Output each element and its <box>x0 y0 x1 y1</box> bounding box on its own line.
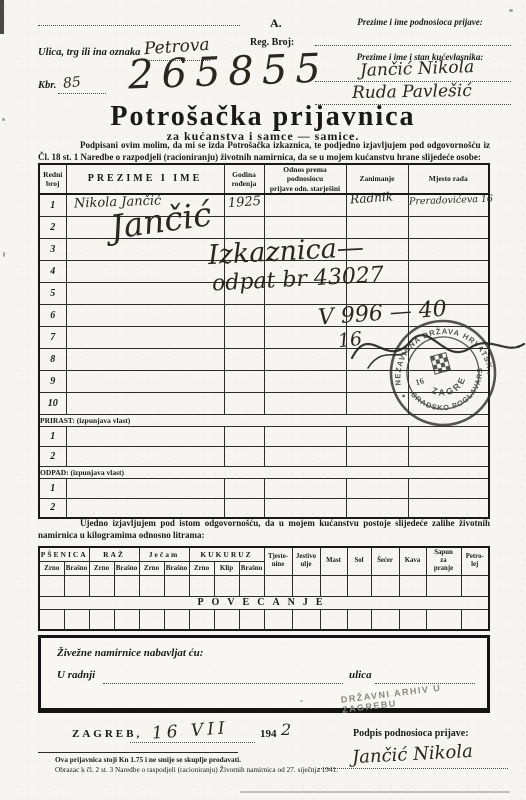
empty-cell <box>461 575 489 596</box>
empty-cell <box>239 609 264 630</box>
empty-cell <box>347 609 371 630</box>
row1-occupation-handwriting: Radnik <box>350 191 394 206</box>
empty-cell <box>189 609 214 630</box>
empty-cell <box>114 575 139 596</box>
sub-col: Klip <box>214 561 239 575</box>
applicant-name-line <box>315 44 511 46</box>
empty-cell <box>408 216 489 238</box>
row-number: 4 <box>39 260 66 282</box>
empty-cell <box>224 392 264 414</box>
empty-cell <box>346 478 408 498</box>
empty-cell <box>224 478 264 498</box>
sub-col: Zrno <box>139 561 164 575</box>
empty-cell <box>346 498 408 518</box>
empty-cell <box>264 392 346 414</box>
empty-cell <box>66 426 224 446</box>
col-mast: Mast <box>320 547 347 575</box>
empty-cell <box>408 260 489 282</box>
empty-cell <box>224 370 264 392</box>
row-number: 10 <box>39 392 66 414</box>
kbr-value-handwriting: 85 <box>62 75 81 91</box>
shop-line <box>103 682 343 684</box>
year-printed: 194 <box>260 728 277 740</box>
date-line <box>130 741 255 743</box>
householder-name-handwriting: Jančić Nikola <box>360 59 475 80</box>
col-secer: Šećer <box>371 547 399 575</box>
scanned-form-page: A. Reg. Broj: Prezime i ime podnosioca p… <box>0 0 526 800</box>
empty-cell <box>66 348 224 370</box>
empty-cell <box>264 194 346 216</box>
empty-cell <box>66 498 224 518</box>
sub-col: Brašno <box>64 561 89 575</box>
empty-cell <box>399 609 426 630</box>
sub-col: Zrno <box>189 561 214 575</box>
empty-cell <box>292 609 320 630</box>
empty-cell <box>371 575 399 596</box>
empty-cell <box>371 609 399 630</box>
row-number: 5 <box>39 282 66 304</box>
empty-cell <box>399 575 426 596</box>
kbr-label: Kbr. <box>38 80 56 91</box>
signature-label: Podpis podnosioca prijave: <box>353 728 469 739</box>
col-tjestenine: Tjeste- nine <box>264 547 292 575</box>
intro-paragraph: Podpisani ovim molim, da mi se izda Potr… <box>38 140 490 163</box>
empty-cell <box>426 609 461 630</box>
supplies-empty-row <box>39 609 489 630</box>
persons-table-header-row: Redni broj PREZIME I IME Godina rođenja … <box>39 164 489 194</box>
empty-cell <box>408 238 489 260</box>
empty-cell <box>320 575 347 596</box>
empty-cell <box>224 426 264 446</box>
empty-cell <box>320 609 347 630</box>
empty-cell <box>408 478 489 498</box>
empty-cell <box>346 446 408 466</box>
col-jestivo-ulje: Jestivo ulje <box>292 547 320 575</box>
empty-cell <box>114 609 139 630</box>
empty-cell <box>264 575 292 596</box>
odpad-label-row: ODPAD: (izpunjava vlast) <box>39 466 489 478</box>
sub-col: Brašno <box>239 561 264 575</box>
row1-year-handwriting: 1925 <box>228 195 262 210</box>
col-header-prezime-ime: PREZIME I IME <box>66 164 224 194</box>
povecanje-label: POVEĆANJE <box>39 596 489 609</box>
stamp-number: 16 <box>414 375 425 387</box>
row-number: 1 <box>39 426 66 446</box>
footer-divider <box>38 751 238 753</box>
applicant-signature-handwriting: Jančić Nikola <box>352 743 474 767</box>
householder-street-handwriting: Ruda Pavlešić <box>352 83 472 102</box>
empty-cell <box>426 575 461 596</box>
col-sapun: Sapun za pranje <box>426 547 461 575</box>
empty-cell <box>408 446 489 466</box>
empty-cell <box>139 609 164 630</box>
sub-col: Zrno <box>89 561 114 575</box>
group-kukuruz: KUKURUZ <box>189 547 264 561</box>
street-label: Ulica, trg ili ina oznaka <box>38 47 140 58</box>
group-raz: RAŽ <box>89 547 139 561</box>
row-number: 7 <box>39 326 66 348</box>
row-number: 1 <box>39 194 66 216</box>
empty-cell <box>214 609 239 630</box>
empty-cell <box>264 370 346 392</box>
purchase-heading: Živežne namirnice nabavljat ću: <box>57 647 203 659</box>
empty-cell <box>224 446 264 466</box>
empty-cell <box>66 260 224 282</box>
empty-cell <box>39 609 64 630</box>
empty-cell <box>64 575 89 596</box>
empty-cell <box>347 575 371 596</box>
shop-label: U radnji <box>57 669 95 681</box>
empty-cell <box>264 478 346 498</box>
odpad-label: ODPAD: (izpunjava vlast) <box>39 466 489 478</box>
table-row: 2 <box>39 498 489 518</box>
footer-price-note: Ova prijavnica stoji Kn 1.75 i ne smije … <box>55 755 355 765</box>
sub-col: Brašno <box>164 561 189 575</box>
empty-cell <box>224 348 264 370</box>
row-number: 3 <box>39 238 66 260</box>
footer-form-note: Obrazac k čl. 2 st. 3 Naredbe o raspodje… <box>55 765 385 775</box>
supplies-group-header-row: PŠENICA RAŽ Ječam KUKURUZ Tjeste- nine J… <box>39 547 489 561</box>
empty-cell <box>189 575 214 596</box>
table-row: 2 <box>39 216 489 238</box>
empty-cell <box>264 426 346 446</box>
row-number: 2 <box>39 498 66 518</box>
empty-cell <box>224 216 264 238</box>
row-number: 2 <box>39 216 66 238</box>
empty-cell <box>264 348 346 370</box>
year-digit-handwriting: 2 <box>281 722 291 738</box>
empty-cell <box>224 498 264 518</box>
table-row: 2 <box>39 446 489 466</box>
scan-artifact <box>3 252 5 257</box>
empty-cell <box>66 370 224 392</box>
col-petrolej: Petro- lej <box>461 547 489 575</box>
row-number: 9 <box>39 370 66 392</box>
supplies-empty-row <box>39 575 489 596</box>
empty-cell <box>164 609 189 630</box>
group-psenica: PŠENICA <box>39 547 89 561</box>
empty-cell <box>66 304 224 326</box>
col-header-godina: Godina rođenja <box>224 164 264 194</box>
empty-cell <box>461 609 489 630</box>
empty-cell <box>239 575 264 596</box>
empty-cell <box>164 575 189 596</box>
empty-cell <box>264 446 346 466</box>
empty-cell <box>89 575 114 596</box>
section-letter: A. <box>270 16 282 31</box>
empty-cell <box>66 478 224 498</box>
purchase-street-label: ulica <box>349 669 372 681</box>
empty-cell <box>64 609 89 630</box>
purchase-box: Živežne namirnice nabavljat ću: U radnji… <box>38 635 490 713</box>
empty-cell <box>224 304 264 326</box>
empty-cell <box>408 498 489 518</box>
empty-cell <box>292 575 320 596</box>
empty-cell <box>66 392 224 414</box>
col-sol: Sol <box>347 547 371 575</box>
row-number: 8 <box>39 348 66 370</box>
col-header-odnos: Odnos prema podnosiocu prijave odn. star… <box>264 164 346 194</box>
empty-cell <box>66 446 224 466</box>
row-number: 1 <box>39 478 66 498</box>
empty-cell <box>224 326 264 348</box>
sub-col: Zrno <box>39 561 64 575</box>
top-dotted-line <box>38 24 240 26</box>
supplies-intro-paragraph: Ujedno izjavljujem pod istom odgovornošć… <box>38 518 490 541</box>
empty-cell <box>264 498 346 518</box>
scan-artifact <box>509 9 513 12</box>
empty-cell <box>139 575 164 596</box>
scan-artifact <box>240 791 510 793</box>
supplies-table: PŠENICA RAŽ Ječam KUKURUZ Tjeste- nine J… <box>38 546 490 631</box>
col-header-mjesto-rada: Mjesto rada <box>408 164 489 194</box>
empty-cell <box>89 609 114 630</box>
empty-cell <box>39 575 64 596</box>
empty-cell <box>66 326 224 348</box>
col-header-redni-broj: Redni broj <box>39 164 66 194</box>
city-label: ZAGREB, <box>72 728 142 740</box>
stamp-emblem-icon <box>430 353 450 375</box>
povecanje-row: POVEĆANJE <box>39 596 489 609</box>
row-number: 6 <box>39 304 66 326</box>
empty-cell <box>346 426 408 446</box>
empty-cell <box>264 609 292 630</box>
empty-cell <box>214 575 239 596</box>
kbr-line <box>58 92 106 94</box>
group-jecam: Ječam <box>139 547 189 561</box>
empty-cell <box>66 282 224 304</box>
sub-col: Brašno <box>114 561 139 575</box>
date-handwriting: 16 VII <box>152 720 230 742</box>
reg-number-handwriting: 265855 <box>127 49 329 96</box>
applicant-name-label: Prezime i ime podnosioca prijave: <box>325 17 515 27</box>
row-number: 2 <box>39 446 66 466</box>
scan-artifact <box>0 0 4 34</box>
col-kava: Kava <box>399 547 426 575</box>
table-row: 1 <box>39 478 489 498</box>
